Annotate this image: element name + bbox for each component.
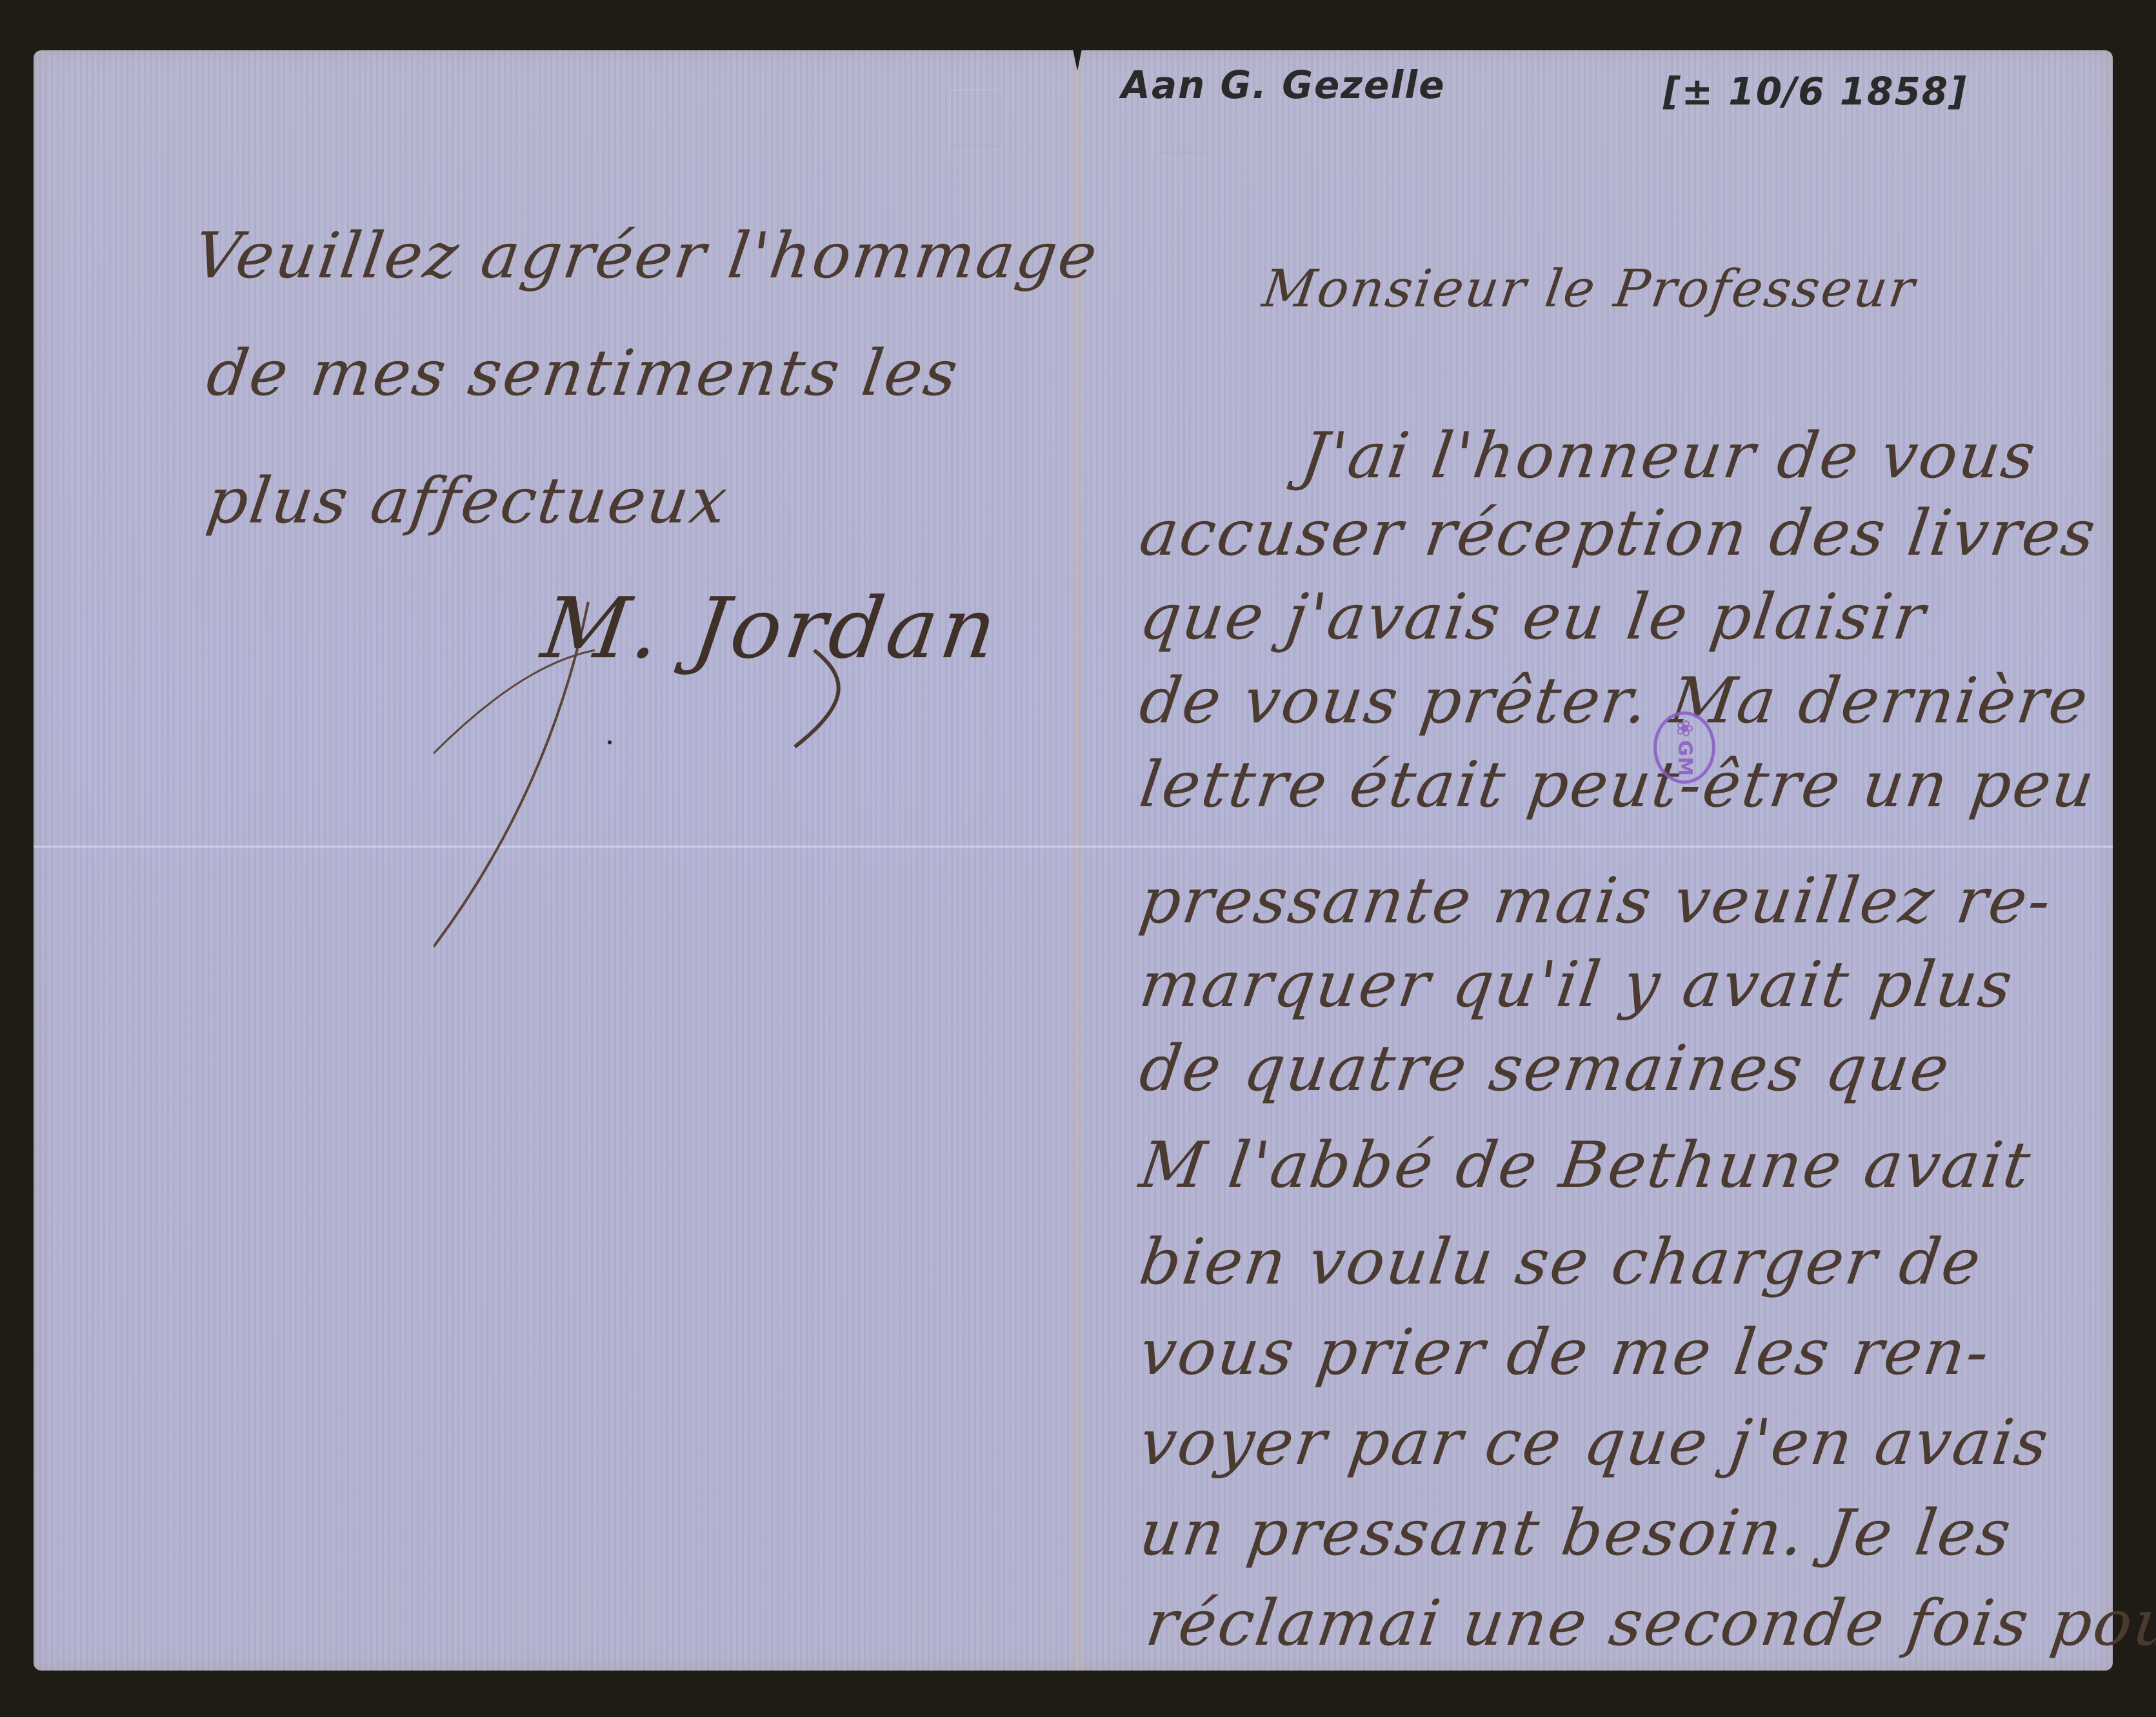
left-page: Veuillez agréer l'hommage de mes sentime… [34,50,1072,1671]
center-fold [1072,50,1083,1671]
body-line-12: voyer par ce que j'en avais [1136,1411,2053,1474]
recipient-annotation: Aan G. Gezelle [1121,63,1445,107]
bee-icon: ❀ [1673,719,1695,738]
library-stamp: ❀ GM [1653,711,1715,784]
body-line-6: pressante mais veuillez re- [1136,869,2056,933]
closing-line-3: plus affectueux [203,470,732,533]
closing-line-1: Veuillez agréer l'hommage [190,224,1103,288]
body-line-13: un pressant besoin. Je les [1136,1502,2016,1565]
closing-line-2: de mes sentiments les [203,342,963,405]
fold-notch [1073,49,1082,71]
body-line-4: de vous prêter. Ma dernière [1136,670,2093,733]
ink-speck [608,740,612,744]
body-line-14: réclamai une seconde fois pour [1143,1592,2156,1655]
salutation: Monsieur le Professeur [1259,263,1919,315]
letter-sheet: Veuillez agréer l'hommage de mes sentime… [34,50,2113,1671]
body-line-3: que j'avais eu le plaisir [1136,586,1930,649]
body-line-1: J'ai l'honneur de vous [1297,424,2041,488]
right-page: Aan G. Gezelle [± 10/6 1858] Monsieur le… [1083,50,2113,1671]
embossed-crown-icon [950,89,1001,147]
date-annotation: [± 10/6 1858] [1663,70,1968,114]
body-line-10: bien voulu se charger de [1136,1231,1986,1294]
body-line-5: lettre était peut-être un peu [1136,753,2100,817]
body-line-8: de quatre semaines que [1136,1037,1955,1100]
body-line-11: vous prier de me les ren- [1136,1321,1994,1384]
body-line-7: marquer qu'il y avait plus [1136,953,2018,1017]
signature: M. Jordan [536,579,1006,677]
body-line-9: M l'abbé de Bethune avait [1136,1134,2035,1197]
body-line-2: accuser réception des livres [1136,502,2101,565]
stamp-text: GM [1673,740,1696,776]
